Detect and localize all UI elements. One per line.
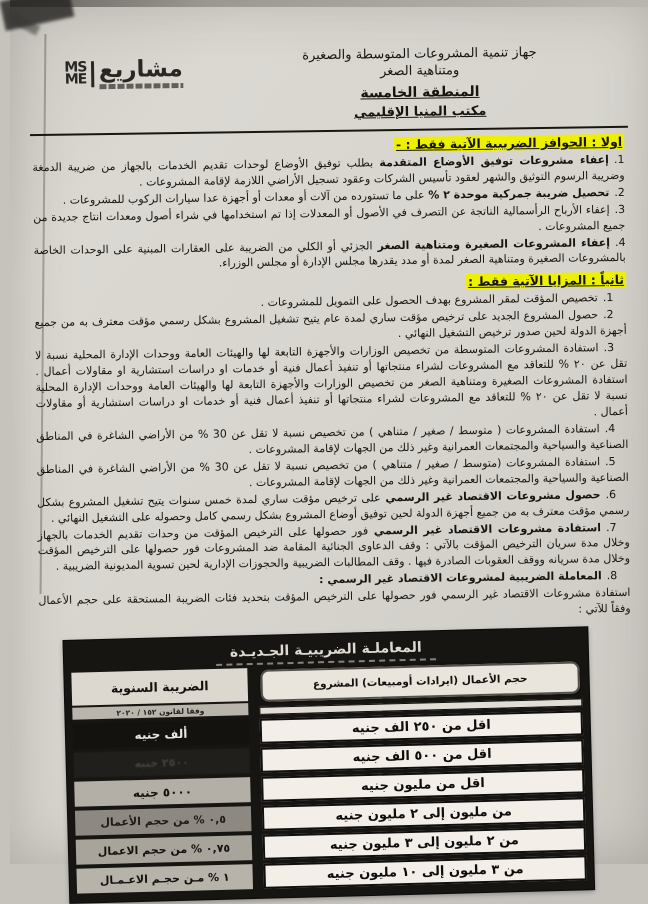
item-text: استفادة المشروعات المتوسطة من تخصيص الوز… (25, 341, 618, 418)
letterhead-text: جهاز تنمية المشروعات المتوسطة والصغيرة و… (206, 44, 614, 125)
tax-treatment-table: المعاملـة الضريبيـة الجـديـدة حجم الأعما… (53, 627, 584, 864)
list-item: 7.استفادة مشروعات الاقتصاد غير الرسمي فو… (27, 519, 620, 575)
table-row-tax: ألف جنيه (63, 719, 240, 749)
item-number: 5. (595, 455, 606, 468)
item-number: 4. (595, 422, 606, 435)
table-row-volume: من مليون إلى ٢ مليون جنيه (252, 798, 576, 831)
msme-logo: MS ME مشاريع (21, 50, 207, 91)
list-item: 3.استفادة المشروعات المتوسطة من تخصيص ال… (25, 340, 618, 428)
table-row-volume: اقل من ٢٥٠ الف جنيه (250, 711, 574, 744)
msme-logo-arabic-wrap: مشاريع (89, 58, 173, 89)
item-lead: المعاملة الضريبية لمشروعات الاقتصاد غير … (309, 570, 592, 587)
document-content: جهاز تنمية المشروعات المتوسطة والصغيرة و… (0, 0, 648, 864)
item-lead: حصول مشروعات الاقتصاد غير الرسمي (371, 488, 591, 504)
item-number: 8. (597, 569, 608, 582)
list-item: 4.إعفاء المشروعات الصغيرة ومتناهية الصغر… (23, 234, 615, 274)
section2-list: 1.تخصيص المؤقت لمقر المشروع بهدف الحصول … (24, 290, 621, 625)
section1-title: اولا : الحوافز الضريبية الآتية فقط : - (384, 134, 614, 152)
msme-logo-divider (81, 61, 84, 87)
msme-logo-tagline-strip (89, 83, 173, 89)
item-number: 6. (595, 488, 606, 501)
item-lead: تحصيل ضريبة جمركية موحدة ٢ % (414, 186, 599, 202)
item-number: 3. (593, 341, 604, 354)
item-text: استفادة المشروعات ( متوسط / صغير / متناه… (26, 422, 618, 456)
tax-table-title-text: المعاملـة الضريبيـة الجـديـدة (206, 639, 426, 666)
tax-header-cell: الضريبة السنوية وفقا لقانون ١٥٢ / ٢٠٢٠ (61, 668, 238, 720)
table-row-tax: ٠,٧٥ % من حجم الاعمال (66, 835, 243, 864)
msme-logo-box: MS ME مشاريع (54, 58, 173, 90)
item-number: 1. (604, 153, 615, 166)
volume-header-text: حجم الأعمال (ايرادات أومبيعات) المشروع (248, 660, 572, 704)
item-number: 2. (593, 308, 604, 321)
table-row-volume: اقل من ٥٠٠ الف جنيه (250, 740, 574, 773)
msme-logo-latin-bottom: ME (54, 74, 76, 86)
table-row-volume: اقل من مليون جنيه (251, 769, 575, 802)
item-lead: استفادة مشروعات الاقتصاد غير الرسمي (358, 521, 591, 537)
item-number: 3. (604, 203, 615, 216)
item-lead: إعفاء مشروعات توفيق الأوضاع المتقدمة (363, 153, 599, 169)
office-name: مكتب المنيا الإقليمي (207, 102, 614, 125)
item-text: تخصيص المؤقت لمقر المشروع بهدف الحصول عل… (251, 292, 588, 310)
item-text: استفادة المشروعات (متوسط / صغير / متناهي… (27, 455, 619, 489)
tax-header-law-ref: وفقا لقانون ١٥٢ / ٢٠٢٠ (62, 703, 238, 720)
msme-logo-latin: MS ME (54, 62, 76, 86)
tax-header-text: الضريبة السنوية (61, 668, 238, 706)
tax-table-body: حجم الأعمال (ايرادات أومبيعات) المشروع ا… (61, 660, 577, 864)
item-number: 2. (604, 186, 615, 199)
section2-title: ثانياً : المزايا الآتية فقط : (456, 272, 616, 289)
volume-header-cell: حجم الأعمال (ايرادات أومبيعات) المشروع (248, 660, 572, 715)
item-number: 4. (605, 235, 616, 248)
table-row-tax: ٠,٥ % من حجم الأعمال (65, 806, 242, 836)
region-name: المنطقة الخامسة (206, 81, 613, 105)
item-text: على ما تستورده من آلات أو معدات أو أجهزة… (53, 188, 415, 206)
msme-logo-arabic: مشاريع (89, 58, 173, 82)
paper-sheet: جهاز تنمية المشروعات المتوسطة والصغيرة و… (0, 0, 648, 864)
letterhead: جهاز تنمية المشروعات المتوسطة والصغيرة و… (21, 44, 614, 127)
item-text: حصول المشروع الجديد على ترخيص مؤقت ساري … (25, 309, 617, 341)
table-row-tax: ٥٠٠٠ جنيه (64, 777, 241, 807)
item-lead: إعفاء المشروعات الصغيرة ومتناهية الصغر (362, 236, 600, 252)
scanned-document-page: { "header": { "org_line1": "جهاز تنمية ا… (0, 0, 648, 864)
section1-list: 1.إعفاء مشروعات توفيق الأوضاع المتقدمة ب… (22, 152, 616, 275)
item-number: 1. (593, 291, 604, 304)
table-row-tax: ٢٥٠٠ جنيه (63, 748, 240, 778)
item-number: 7. (596, 521, 607, 534)
table-row-volume: من ٢ مليون إلى ٣ مليون جنيه (253, 827, 577, 860)
